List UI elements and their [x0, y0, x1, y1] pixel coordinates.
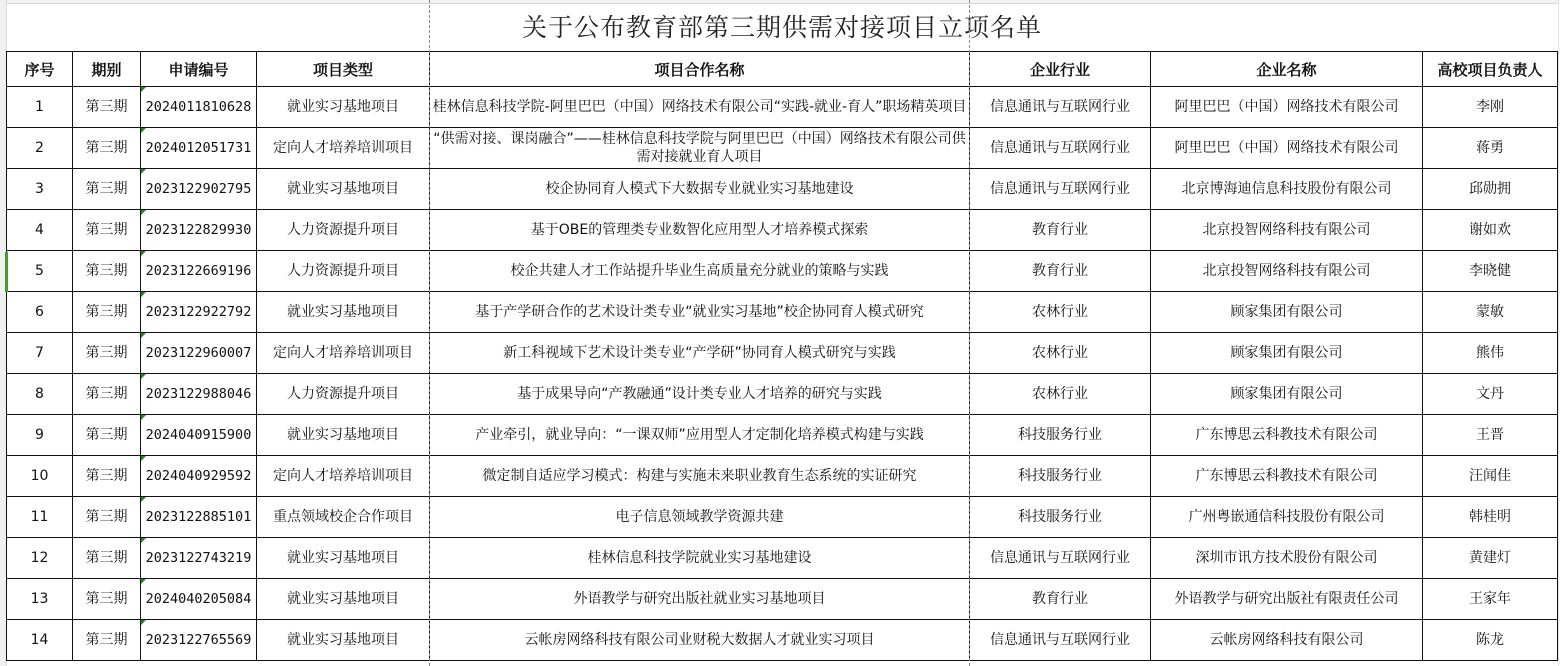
cell-phase[interactable]: 第三期 [73, 538, 141, 579]
cell-type[interactable]: 重点领域校企合作项目 [257, 497, 430, 538]
title-row: 关于公布教育部第三期供需对接项目立项名单 [7, 4, 1558, 52]
cell-company-text: 顾家集团有限公司 [1231, 386, 1343, 402]
cell-company[interactable]: 北京投智网络科技有限公司 [1151, 251, 1423, 292]
cell-lead-text: 王晋 [1476, 427, 1504, 443]
cell-no-text: 3 [35, 181, 44, 197]
table-row: 11第三期2023122885101重点领域校企合作项目电子信息领域教学资源共建… [7, 497, 1558, 538]
cell-app-id-text: 2023122743219 [146, 550, 252, 566]
sheet-right-edge [1558, 0, 1565, 666]
number-stored-as-text-marker-icon [141, 169, 146, 174]
cell-industry[interactable]: 农林行业 [970, 292, 1151, 333]
cell-app-id[interactable]: 2024012051731 [141, 128, 257, 169]
cell-app-id-text: 2023122829930 [146, 222, 252, 238]
cell-type-text: 就业实习基地项目 [287, 427, 399, 443]
cell-lead-text: 邱勋拥 [1469, 181, 1511, 197]
cell-lead-text: 文丹 [1476, 386, 1504, 402]
number-stored-as-text-marker-icon [141, 620, 146, 625]
cell-project-text: 桂林信息科技学院-阿里巴巴（中国）网络技术有限公司“实践-就业-育人”职场精英项… [433, 99, 967, 115]
cell-phase-text: 第三期 [86, 632, 128, 648]
cell-app-id-text: 2023122765569 [146, 632, 252, 648]
cell-phase[interactable]: 第三期 [73, 292, 141, 333]
cell-app-id[interactable]: 2023122669196 [141, 251, 257, 292]
cell-no-text: 9 [35, 427, 44, 443]
cell-company-text: 阿里巴巴（中国）网络技术有限公司 [1175, 99, 1399, 115]
cell-phase[interactable]: 第三期 [73, 620, 141, 661]
cell-type[interactable]: 就业实习基地项目 [257, 415, 430, 456]
cell-no[interactable]: 8 [7, 374, 73, 415]
cell-project-text: “供需对接、课岗融合”——桂林信息科技学院与阿里巴巴（中国）网络技术有限公司供需… [433, 131, 966, 165]
cell-app-id-text: 2024011810628 [146, 99, 252, 115]
cell-industry-text: 教育行业 [1032, 591, 1088, 607]
cell-company-text: 深圳市讯方技术股份有限公司 [1196, 550, 1378, 566]
cell-company-text: 顾家集团有限公司 [1231, 304, 1343, 320]
cell-company[interactable]: 顾家集团有限公司 [1151, 374, 1423, 415]
cell-phase-text: 第三期 [86, 468, 128, 484]
cell-type-text: 就业实习基地项目 [287, 632, 399, 648]
col-header-no[interactable]: 序号 [7, 52, 73, 87]
cell-no-text: 4 [35, 222, 44, 238]
cell-lead[interactable]: 王家年 [1423, 579, 1558, 620]
cell-project[interactable]: 新工科视域下艺术设计类专业“产学研”协同育人模式研究与实践 [430, 333, 970, 374]
table-row: 1第三期2024011810628就业实习基地项目桂林信息科技学院-阿里巴巴（中… [7, 87, 1558, 128]
cell-app-id[interactable]: 2024040205084 [141, 579, 257, 620]
cell-phase-text: 第三期 [86, 345, 128, 361]
cell-industry[interactable]: 信息通讯与互联网行业 [970, 128, 1151, 169]
number-stored-as-text-marker-icon [141, 415, 146, 420]
cell-lead[interactable]: 王晋 [1423, 415, 1558, 456]
cell-phase-text: 第三期 [86, 304, 128, 320]
number-stored-as-text-marker-icon [141, 292, 146, 297]
cell-company-text: 云帐房网络科技有限公司 [1210, 632, 1364, 648]
cell-lead-text: 韩桂明 [1469, 509, 1511, 525]
table-row: 6第三期2023122922792就业实习基地项目基于产学研合作的艺术设计类专业… [7, 292, 1558, 333]
cell-lead[interactable]: 陈龙 [1423, 620, 1558, 661]
cell-no[interactable]: 7 [7, 333, 73, 374]
cell-industry-text: 信息通讯与互联网行业 [990, 140, 1130, 156]
cell-lead[interactable]: 黄建灯 [1423, 538, 1558, 579]
cell-industry-text: 信息通讯与互联网行业 [990, 99, 1130, 115]
cell-project[interactable]: 基于产学研合作的艺术设计类专业“就业实习基地”校企协同育人模式研究 [430, 292, 970, 333]
cell-phase[interactable]: 第三期 [73, 497, 141, 538]
cell-no-text: 11 [31, 509, 49, 525]
cell-app-id[interactable]: 2024040915900 [141, 415, 257, 456]
cell-phase-text: 第三期 [86, 509, 128, 525]
cell-type-text: 定向人才培养培训项目 [273, 140, 413, 156]
cell-company[interactable]: 北京博海迪信息科技股份有限公司 [1151, 169, 1423, 210]
table-row: 13第三期2024040205084就业实习基地项目外语教学与研究出版社就业实习… [7, 579, 1558, 620]
cell-lead[interactable]: 文丹 [1423, 374, 1558, 415]
cell-no[interactable]: 10 [7, 456, 73, 497]
cell-project-text: 基于OBE的管理类专业数智化应用型人才培养模式探索 [531, 222, 868, 238]
table-row: 7第三期2023122960007定向人才培养培训项目新工科视域下艺术设计类专业… [7, 333, 1558, 374]
cell-app-id-text: 2023122922792 [146, 304, 252, 320]
cell-industry[interactable]: 科技服务行业 [970, 456, 1151, 497]
cell-lead[interactable]: 蒋勇 [1423, 128, 1558, 169]
cell-project[interactable]: “供需对接、课岗融合”——桂林信息科技学院与阿里巴巴（中国）网络技术有限公司供需… [430, 128, 970, 169]
number-stored-as-text-marker-icon [141, 538, 146, 543]
cell-industry-text: 科技服务行业 [1018, 468, 1102, 484]
cell-app-id-text: 2024012051731 [146, 140, 252, 156]
cell-no[interactable]: 4 [7, 210, 73, 251]
cell-app-id[interactable]: 2023122829930 [141, 210, 257, 251]
cell-phase-text: 第三期 [86, 222, 128, 238]
cell-no-text: 13 [31, 591, 49, 607]
number-stored-as-text-marker-icon [141, 374, 146, 379]
cell-phase[interactable]: 第三期 [73, 333, 141, 374]
cell-lead-text: 黄建灯 [1469, 550, 1511, 566]
col-header-phase[interactable]: 期别 [73, 52, 141, 87]
cell-industry[interactable]: 农林行业 [970, 333, 1151, 374]
cell-industry-text: 农林行业 [1032, 345, 1088, 361]
col-header-project[interactable]: 项目合作名称 [430, 52, 970, 87]
cell-type[interactable]: 人力资源提升项目 [257, 251, 430, 292]
cell-type-text: 就业实习基地项目 [287, 550, 399, 566]
cell-no-text: 14 [31, 632, 49, 648]
cell-project-text: 云帐房网络科技有限公司业财税大数据人才就业实习项目 [525, 632, 875, 648]
cell-industry[interactable]: 信息通讯与互联网行业 [970, 620, 1151, 661]
cell-project-text: 外语教学与研究出版社就业实习基地项目 [574, 591, 826, 607]
cell-company-text: 广州粤嵌通信科技股份有限公司 [1189, 509, 1385, 525]
cell-company[interactable]: 广州粤嵌通信科技股份有限公司 [1151, 497, 1423, 538]
cell-type[interactable]: 就业实习基地项目 [257, 538, 430, 579]
cell-type-text: 人力资源提升项目 [287, 222, 399, 238]
number-stored-as-text-marker-icon [141, 210, 146, 215]
cell-industry[interactable]: 科技服务行业 [970, 415, 1151, 456]
cell-company[interactable]: 阿里巴巴（中国）网络技术有限公司 [1151, 87, 1423, 128]
cell-phase-text: 第三期 [86, 181, 128, 197]
cell-lead[interactable]: 蒙敏 [1423, 292, 1558, 333]
cell-project[interactable]: 电子信息领域教学资源共建 [430, 497, 970, 538]
cell-phase-text: 第三期 [86, 427, 128, 443]
cell-industry-text: 信息通讯与互联网行业 [990, 181, 1130, 197]
cell-project[interactable]: 基于OBE的管理类专业数智化应用型人才培养模式探索 [430, 210, 970, 251]
cell-project-text: 校企协同育人模式下大数据专业就业实习基地建设 [546, 181, 854, 197]
cell-type-text: 就业实习基地项目 [287, 591, 399, 607]
cell-project-text: 电子信息领域教学资源共建 [616, 509, 784, 525]
cell-company[interactable]: 外语教学与研究出版社有限责任公司 [1151, 579, 1423, 620]
cell-app-id-text: 2024040929592 [146, 468, 252, 484]
cell-app-id[interactable]: 2023122902795 [141, 169, 257, 210]
cell-industry-text: 农林行业 [1032, 304, 1088, 320]
cell-project[interactable]: 外语教学与研究出版社就业实习基地项目 [430, 579, 970, 620]
cell-industry[interactable]: 信息通讯与互联网行业 [970, 169, 1151, 210]
cell-project-text: 基于成果导向“产教融通”设计类专业人才培养的研究与实践 [517, 386, 882, 402]
col-header-industry[interactable]: 企业行业 [970, 52, 1151, 87]
cell-phase[interactable]: 第三期 [73, 169, 141, 210]
table-row: 3第三期2023122902795就业实习基地项目校企协同育人模式下大数据专业就… [7, 169, 1558, 210]
col-header-company[interactable]: 企业名称 [1151, 52, 1423, 87]
col-header-lead[interactable]: 高校项目负责人 [1423, 52, 1558, 87]
cell-company[interactable]: 顾家集团有限公司 [1151, 333, 1423, 374]
cell-industry-text: 农林行业 [1032, 386, 1088, 402]
cell-lead[interactable]: 李晓健 [1423, 251, 1558, 292]
cell-company-text: 广东博思云科教技术有限公司 [1196, 468, 1378, 484]
table-row: 5第三期2023122669196人力资源提升项目校企共建人才工作站提升毕业生高… [7, 251, 1558, 292]
cell-industry[interactable]: 科技服务行业 [970, 497, 1151, 538]
cell-company-text: 顾家集团有限公司 [1231, 345, 1343, 361]
cell-lead[interactable]: 谢如欢 [1423, 210, 1558, 251]
cell-company-text: 北京博海迪信息科技股份有限公司 [1182, 181, 1392, 197]
cell-phase[interactable]: 第三期 [73, 251, 141, 292]
cell-no-text: 1 [35, 99, 44, 115]
cell-no[interactable]: 12 [7, 538, 73, 579]
cell-app-id[interactable]: 2023122743219 [141, 538, 257, 579]
cell-industry[interactable]: 教育行业 [970, 251, 1151, 292]
cell-phase[interactable]: 第三期 [73, 210, 141, 251]
cell-type[interactable]: 定向人才培养培训项目 [257, 128, 430, 169]
cell-industry[interactable]: 信息通讯与互联网行业 [970, 87, 1151, 128]
table-row: 10第三期2024040929592定向人才培养培训项目微定制自适应学习模式：构… [7, 456, 1558, 497]
cell-type[interactable]: 定向人才培养培训项目 [257, 456, 430, 497]
cell-app-id[interactable]: 2023122765569 [141, 620, 257, 661]
table-row: 4第三期2023122829930人力资源提升项目基于OBE的管理类专业数智化应… [7, 210, 1558, 251]
cell-type-text: 人力资源提升项目 [287, 263, 399, 279]
cell-lead[interactable]: 邱勋拥 [1423, 169, 1558, 210]
cell-lead-text: 蒋勇 [1476, 140, 1504, 156]
cell-type-text: 就业实习基地项目 [287, 304, 399, 320]
cell-company[interactable]: 阿里巴巴（中国）网络技术有限公司 [1151, 128, 1423, 169]
cell-project-text: 新工科视域下艺术设计类专业“产学研”协同育人模式研究与实践 [503, 345, 896, 361]
cell-lead-text: 谢如欢 [1469, 222, 1511, 238]
cell-app-id-text: 2023122885101 [146, 509, 252, 525]
cell-company[interactable]: 顾家集团有限公司 [1151, 292, 1423, 333]
cell-no[interactable]: 1 [7, 87, 73, 128]
cell-type[interactable]: 人力资源提升项目 [257, 374, 430, 415]
cell-lead[interactable]: 韩桂明 [1423, 497, 1558, 538]
cell-app-id[interactable]: 2024040929592 [141, 456, 257, 497]
number-stored-as-text-marker-icon [141, 497, 146, 502]
cell-industry[interactable]: 农林行业 [970, 374, 1151, 415]
cell-industry[interactable]: 教育行业 [970, 210, 1151, 251]
cell-industry-text: 教育行业 [1032, 222, 1088, 238]
cell-type-text: 重点领域校企合作项目 [273, 509, 413, 525]
cell-phase[interactable]: 第三期 [73, 415, 141, 456]
cell-phase-text: 第三期 [86, 140, 128, 156]
cell-app-id-text: 2023122902795 [146, 181, 252, 197]
cell-industry-text: 科技服务行业 [1018, 427, 1102, 443]
cell-type[interactable]: 就业实习基地项目 [257, 87, 430, 128]
cell-company[interactable]: 深圳市讯方技术股份有限公司 [1151, 538, 1423, 579]
cell-company[interactable]: 广东博思云科教技术有限公司 [1151, 456, 1423, 497]
table-row: 8第三期2023122988046人力资源提升项目基于成果导向“产教融通”设计类… [7, 374, 1558, 415]
cell-industry-text: 教育行业 [1032, 263, 1088, 279]
cell-industry[interactable]: 信息通讯与互联网行业 [970, 538, 1151, 579]
cell-project[interactable]: 云帐房网络科技有限公司业财税大数据人才就业实习项目 [430, 620, 970, 661]
cell-phase[interactable]: 第三期 [73, 87, 141, 128]
cell-lead-text: 汪闻佳 [1469, 468, 1511, 484]
cell-project-text: 校企共建人才工作站提升毕业生高质量充分就业的策略与实践 [511, 263, 889, 279]
cell-lead[interactable]: 汪闻佳 [1423, 456, 1558, 497]
cell-company[interactable]: 广东博思云科教技术有限公司 [1151, 415, 1423, 456]
col-header-app-id[interactable]: 申请编号 [141, 52, 257, 87]
header-row: 序号 期别 申请编号 项目类型 项目合作名称 企业行业 企业名称 高校项目负责人 [7, 52, 1558, 87]
cell-no-text: 8 [35, 386, 44, 402]
cell-type[interactable]: 就业实习基地项目 [257, 579, 430, 620]
cell-project-text: 基于产学研合作的艺术设计类专业“就业实习基地”校企协同育人模式研究 [475, 304, 924, 320]
cell-lead[interactable]: 李刚 [1423, 87, 1558, 128]
cell-no[interactable]: 14 [7, 620, 73, 661]
cell-phase-text: 第三期 [86, 591, 128, 607]
cell-project[interactable]: 校企协同育人模式下大数据专业就业实习基地建设 [430, 169, 970, 210]
cell-no[interactable]: 11 [7, 497, 73, 538]
cell-industry-text: 信息通讯与互联网行业 [990, 550, 1130, 566]
table-row: 9第三期2024040915900就业实习基地项目产业牵引，就业导向：“一课双师… [7, 415, 1558, 456]
number-stored-as-text-marker-icon [141, 87, 146, 92]
cell-project[interactable]: 产业牵引，就业导向：“一课双师”应用型人才定制化培养模式构建与实践 [430, 415, 970, 456]
cell-phase-text: 第三期 [86, 263, 128, 279]
cell-app-id[interactable]: 2023122988046 [141, 374, 257, 415]
cell-app-id-text: 2023122960007 [146, 345, 252, 361]
cell-phase-text: 第三期 [86, 99, 128, 115]
cell-phase-text: 第三期 [86, 386, 128, 402]
cell-no-text: 12 [31, 550, 49, 566]
active-row-marker [5, 252, 8, 292]
cell-project[interactable]: 校企共建人才工作站提升毕业生高质量充分就业的策略与实践 [430, 251, 970, 292]
cell-phase[interactable]: 第三期 [73, 128, 141, 169]
cell-type-text: 人力资源提升项目 [287, 386, 399, 402]
cell-type-text: 就业实习基地项目 [287, 181, 399, 197]
cell-phase-text: 第三期 [86, 550, 128, 566]
cell-type[interactable]: 人力资源提升项目 [257, 210, 430, 251]
cell-phase[interactable]: 第三期 [73, 579, 141, 620]
cell-no[interactable]: 6 [7, 292, 73, 333]
number-stored-as-text-marker-icon [141, 128, 146, 133]
cell-lead-text: 蒙敏 [1476, 304, 1504, 320]
cell-company-text: 外语教学与研究出版社有限责任公司 [1175, 591, 1399, 607]
cell-lead[interactable]: 熊伟 [1423, 333, 1558, 374]
cell-project[interactable]: 桂林信息科技学院就业实习基地建设 [430, 538, 970, 579]
cell-app-id-text: 2024040205084 [146, 591, 252, 607]
table-row: 2第三期2024012051731定向人才培养培训项目“供需对接、课岗融合”——… [7, 128, 1558, 169]
cell-lead-text: 熊伟 [1476, 345, 1504, 361]
cell-industry-text: 信息通讯与互联网行业 [990, 632, 1130, 648]
cell-project-text: 桂林信息科技学院就业实习基地建设 [588, 550, 812, 566]
cell-no-text: 7 [35, 345, 44, 361]
cell-industry-text: 科技服务行业 [1018, 509, 1102, 525]
cell-type[interactable]: 就业实习基地项目 [257, 620, 430, 661]
cell-no[interactable]: 3 [7, 169, 73, 210]
spreadsheet: 关于公布教育部第三期供需对接项目立项名单 序号 期别 申请编号 项目类型 项目合… [6, 4, 1558, 661]
cell-app-id[interactable]: 2024011810628 [141, 87, 257, 128]
cell-lead-text: 陈龙 [1476, 632, 1504, 648]
cell-no-text: 2 [35, 140, 44, 156]
cell-company-text: 北京投智网络科技有限公司 [1203, 222, 1371, 238]
cell-company[interactable]: 云帐房网络科技有限公司 [1151, 620, 1423, 661]
cell-no-text: 6 [35, 304, 44, 320]
cell-company-text: 北京投智网络科技有限公司 [1203, 263, 1371, 279]
cell-lead-text: 李晓健 [1469, 263, 1511, 279]
cell-lead-text: 李刚 [1476, 99, 1504, 115]
cell-app-id[interactable]: 2023122885101 [141, 497, 257, 538]
cell-project[interactable]: 基于成果导向“产教融通”设计类专业人才培养的研究与实践 [430, 374, 970, 415]
cell-no[interactable]: 9 [7, 415, 73, 456]
cell-no[interactable]: 5 [7, 251, 73, 292]
cell-app-id-text: 2024040915900 [146, 427, 252, 443]
number-stored-as-text-marker-icon [141, 579, 146, 584]
cell-type-text: 定向人才培养培训项目 [273, 345, 413, 361]
number-stored-as-text-marker-icon [141, 251, 146, 256]
cell-industry[interactable]: 教育行业 [970, 579, 1151, 620]
cell-project[interactable]: 桂林信息科技学院-阿里巴巴（中国）网络技术有限公司“实践-就业-育人”职场精英项… [430, 87, 970, 128]
page-title[interactable]: 关于公布教育部第三期供需对接项目立项名单 [7, 4, 1558, 52]
cell-no-text: 10 [31, 468, 49, 484]
cell-lead-text: 王家年 [1469, 591, 1511, 607]
cell-type-text: 就业实习基地项目 [287, 99, 399, 115]
table-row: 12第三期2023122743219就业实习基地项目桂林信息科技学院就业实习基地… [7, 538, 1558, 579]
cell-phase[interactable]: 第三期 [73, 374, 141, 415]
cell-no[interactable]: 13 [7, 579, 73, 620]
cell-type[interactable]: 定向人才培养培训项目 [257, 333, 430, 374]
cell-project-text: 微定制自适应学习模式：构建与实施未来职业教育生态系统的实证研究 [483, 468, 917, 484]
number-stored-as-text-marker-icon [141, 333, 146, 338]
cell-app-id-text: 2023122988046 [146, 386, 252, 402]
cell-no[interactable]: 2 [7, 128, 73, 169]
cell-company[interactable]: 北京投智网络科技有限公司 [1151, 210, 1423, 251]
cell-app-id[interactable]: 2023122922792 [141, 292, 257, 333]
number-stored-as-text-marker-icon [141, 456, 146, 461]
cell-no-text: 5 [35, 263, 44, 279]
cell-type-text: 定向人才培养培训项目 [273, 468, 413, 484]
cell-app-id-text: 2023122669196 [146, 263, 252, 279]
cell-project[interactable]: 微定制自适应学习模式：构建与实施未来职业教育生态系统的实证研究 [430, 456, 970, 497]
cell-app-id[interactable]: 2023122960007 [141, 333, 257, 374]
cell-type[interactable]: 就业实习基地项目 [257, 169, 430, 210]
table-row: 14第三期2023122765569就业实习基地项目云帐房网络科技有限公司业财税… [7, 620, 1558, 661]
cell-company-text: 广东博思云科教技术有限公司 [1196, 427, 1378, 443]
cell-project-text: 产业牵引，就业导向：“一课双师”应用型人才定制化培养模式构建与实践 [475, 427, 924, 443]
col-header-type[interactable]: 项目类型 [257, 52, 430, 87]
cell-phase[interactable]: 第三期 [73, 456, 141, 497]
cell-type[interactable]: 就业实习基地项目 [257, 292, 430, 333]
project-list-table: 关于公布教育部第三期供需对接项目立项名单 序号 期别 申请编号 项目类型 项目合… [6, 4, 1558, 661]
cell-company-text: 阿里巴巴（中国）网络技术有限公司 [1175, 140, 1399, 156]
